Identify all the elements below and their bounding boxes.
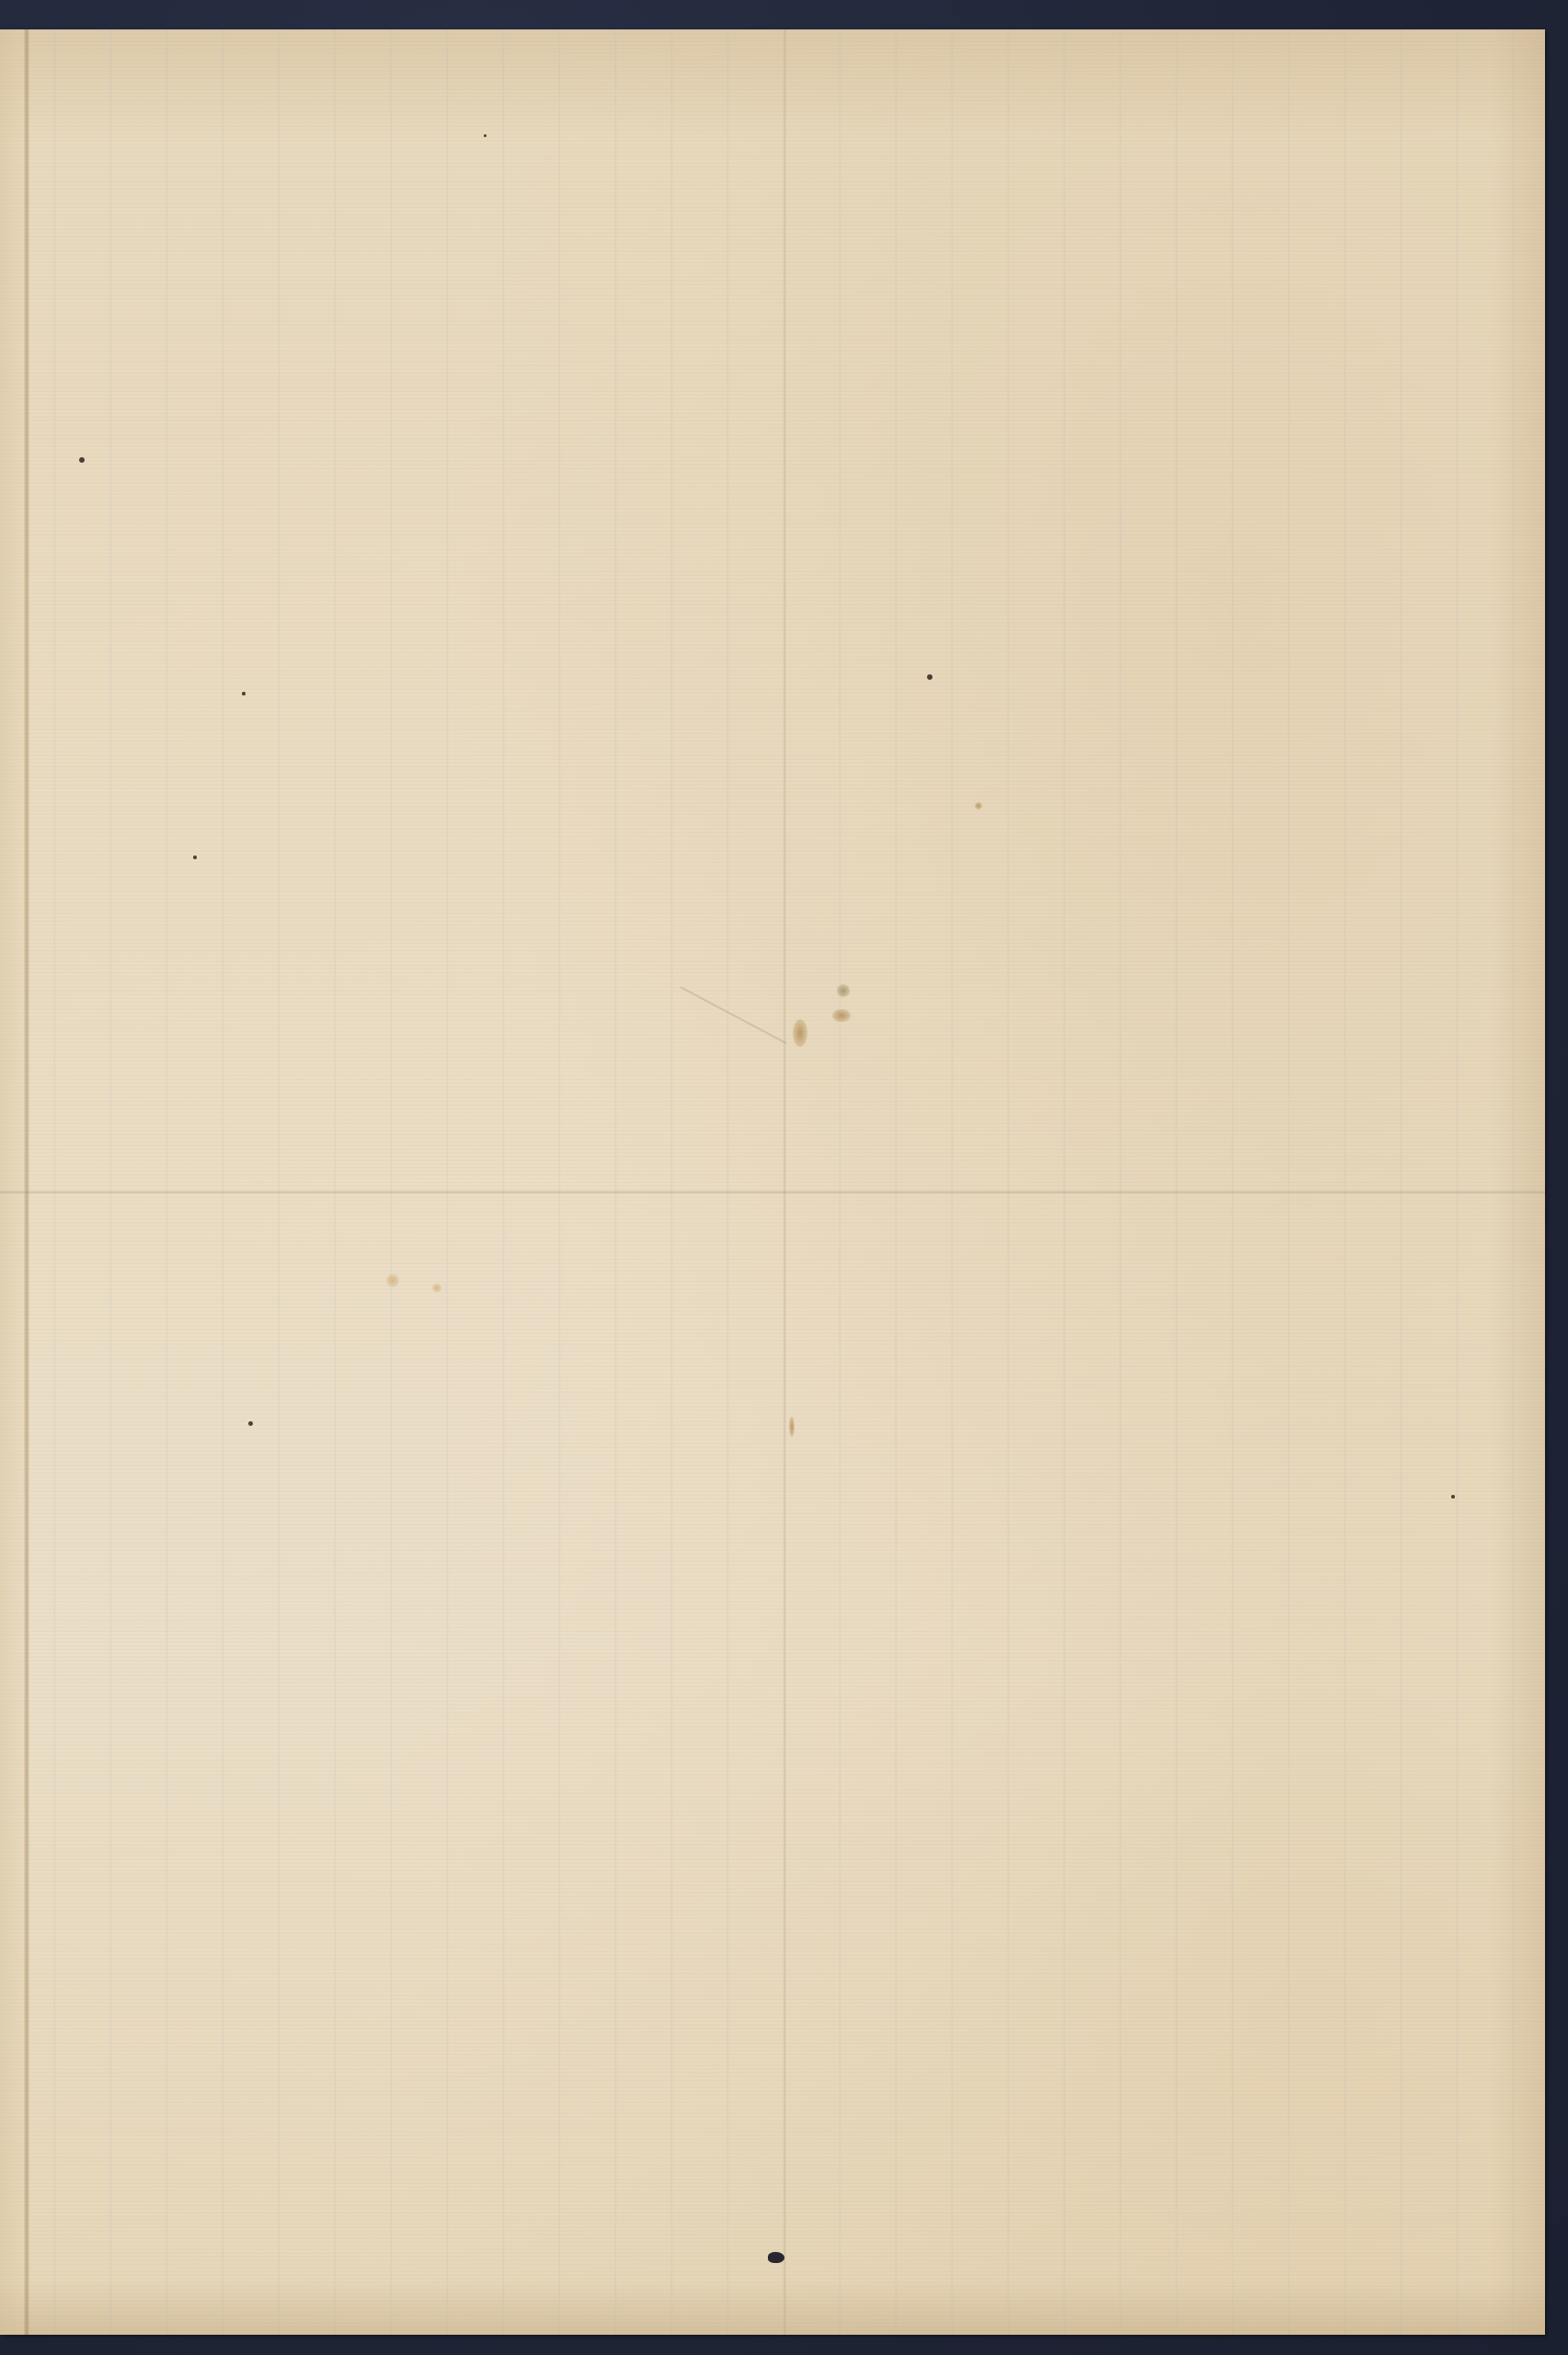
- horizontal-fold-crease: [0, 1190, 1545, 1194]
- document-page: [0, 29, 1545, 2335]
- paper-chain-lines: [0, 29, 1545, 2335]
- ink-blot: [768, 2252, 784, 2263]
- page-edge-shading-bottom: [0, 2280, 1545, 2335]
- dirt-speck: [193, 856, 197, 859]
- binding-strip: [0, 29, 24, 2335]
- dirt-speck: [484, 134, 486, 137]
- stain-mark: [832, 1009, 851, 1022]
- diagonal-crease: [681, 986, 787, 1044]
- stain-mark: [432, 1283, 441, 1292]
- page-edge-shading-top: [0, 29, 1545, 140]
- dirt-speck: [242, 692, 246, 695]
- stain-mark: [386, 1274, 399, 1287]
- dirt-speck: [1451, 1495, 1455, 1499]
- page-edge-shading-right: [1490, 29, 1545, 2335]
- vertical-fold-crease: [784, 29, 786, 2335]
- stain-mark: [975, 802, 982, 810]
- dirt-speck: [248, 1421, 253, 1426]
- dirt-speck: [927, 674, 933, 680]
- stain-mark: [793, 1019, 807, 1047]
- binding-fold: [24, 29, 29, 2335]
- stain-mark: [789, 1417, 795, 1437]
- dirt-speck: [79, 457, 85, 463]
- laid-paper-texture: [0, 29, 1545, 2335]
- stain-mark: [837, 984, 850, 997]
